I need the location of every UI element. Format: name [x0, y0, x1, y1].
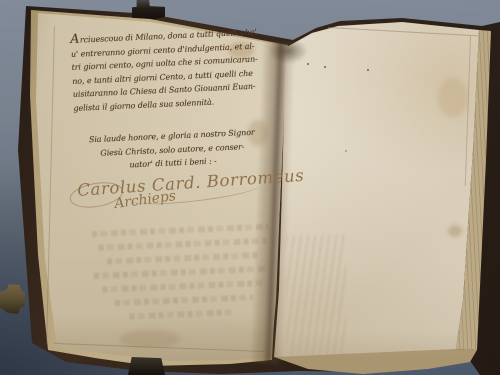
parchment-stain	[438, 78, 468, 118]
ghost-text-row	[129, 309, 233, 319]
top-metal-clasp	[132, 0, 165, 19]
ghost-text-row	[115, 294, 253, 306]
gutter-top-shadow	[268, 38, 308, 64]
ghost-text-row	[94, 266, 266, 279]
show-through-text	[92, 223, 276, 328]
ghost-text-row	[102, 280, 262, 293]
parchment-stain	[120, 330, 180, 348]
bottom-metal-clasp	[128, 357, 165, 375]
doxology-block: Sia laude honore, e gloria a nostro Sign…	[75, 125, 271, 174]
manuscript-text-block: Arciuescouo di Milano, dona a tutti quel…	[70, 23, 272, 213]
manuscript-initial-capital: A	[70, 31, 80, 46]
ink-speck	[367, 69, 369, 71]
ink-speck	[324, 66, 326, 68]
left-metal-clasp	[0, 283, 25, 316]
ghost-text-row	[107, 252, 257, 264]
parchment-texture-streaks	[286, 235, 346, 355]
parchment-stain	[448, 225, 462, 237]
photo-of-open-manuscript-book: Arciuescouo di Milano, dona a tutti quel…	[0, 0, 500, 375]
ink-speck	[345, 150, 347, 152]
ink-speck	[307, 63, 309, 65]
ghost-text-row	[99, 238, 267, 251]
